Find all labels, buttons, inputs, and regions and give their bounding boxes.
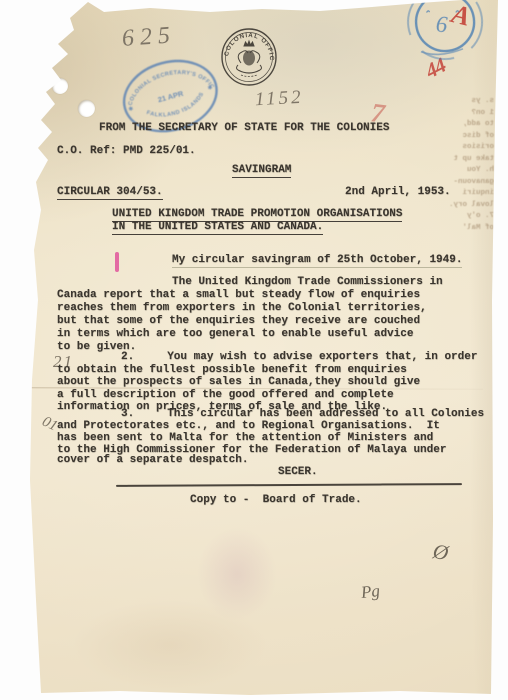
para3-line: has been sent to Malta for the attention… [57,432,433,444]
para3-line: cover of a separate despatch. [57,454,248,466]
bleed-line: 1 on? [418,108,494,120]
para3-line: 3. This circular has been addressed to a… [121,408,484,420]
bleed-line: of Mal' [418,223,494,235]
para1-line: in terms which are too general to enable… [57,328,413,340]
scanned-document-page: 625 1152 21 01 Ø Pg A 44 7 COLONIAL OFFI… [0,0,508,700]
para3-line: and Protectorates etc., and to Regional … [57,420,440,432]
round-stamp-number: 6 [435,11,449,37]
punch-hole [52,78,68,94]
oval-stamp-date: 21 APR [157,89,185,105]
crest-stamp-graphic: COLONIAL OFFICE [217,25,281,91]
bleed-line: loval ory. [418,200,494,212]
circular-number: CIRCULAR 304/53. [57,186,163,200]
bleed-through-text: s. ys 1 on? to add, of disc orisios take… [418,96,494,234]
punch-hole [78,100,95,117]
intro-line: My circular savingram of 25th October, 1… [172,254,462,268]
subject-line-2: IN THE UNITED STATES AND CANADA. [112,221,323,235]
para2-line: about the prospects of sales in Canada,t… [57,376,420,388]
pencil-pg-mark: Pg [360,581,381,603]
savingram-heading: SAVINGRAM [232,164,291,178]
bleed-line: to add, [418,119,494,131]
copy-to-line: Copy to - Board of Trade. [190,494,362,506]
para1-line: reaches them from exporters in the Colon… [57,302,427,314]
pencil-oval-mark: Ø [431,539,450,566]
colonial-office-crest-stamp: COLONIAL OFFICE [217,25,281,96]
bleed-line: orisios [418,142,494,154]
para2-line: 2. You may wish to advise exporters that… [121,351,477,363]
bleed-line: h. You [418,165,494,177]
bleed-line: 7. o'y [418,211,494,223]
round-stamp-graphic: 6 [390,0,501,75]
para1-line: The United Kingdom Trade Commissioners i… [172,276,443,288]
subject-line-1: UNITED KINGDOM TRADE PROMOTION ORGANISAT… [112,208,402,222]
divider-rule [116,483,462,487]
svg-text:COLONIAL SECRETARY'S OFFICE: COLONIAL SECRETARY'S OFFICE [110,45,215,115]
para1-line: Canada report that a small but steady fl… [57,289,420,301]
oval-stamp-top-text: COLONIAL SECRETARY'S OFFICE [110,45,215,115]
date-line: 2nd April, 1953. [345,186,451,198]
round-date-stamp: 6 [390,0,501,80]
signoff: SECER. [278,466,318,478]
royal-coat-of-arms [237,41,262,77]
para1-line: but that some of the enquiries they rece… [57,315,420,327]
oval-stamp-star-left: ✱ [128,105,135,113]
pencil-number-625: 625 [121,22,177,53]
para2-line: a full description of the good offered a… [57,389,394,401]
bleed-line: s. ys [418,96,494,108]
letter-paper: 625 1152 21 01 Ø Pg A 44 7 COLONIAL OFFI… [0,0,508,700]
falkland-oval-stamp: COLONIAL SECRETARY'S OFFICE FALKLAND ISL… [110,45,232,152]
bleed-line: take up t [418,154,494,166]
para2-line: to obtain the fullest possible benefit f… [57,364,407,376]
from-line: FROM THE SECRETARY OF STATE FOR THE COLO… [99,122,389,134]
bleed-line: of disc [418,131,494,143]
pink-margin-mark [115,252,119,272]
reference-line: C.O. Ref: PMD 225/01. [57,145,196,157]
